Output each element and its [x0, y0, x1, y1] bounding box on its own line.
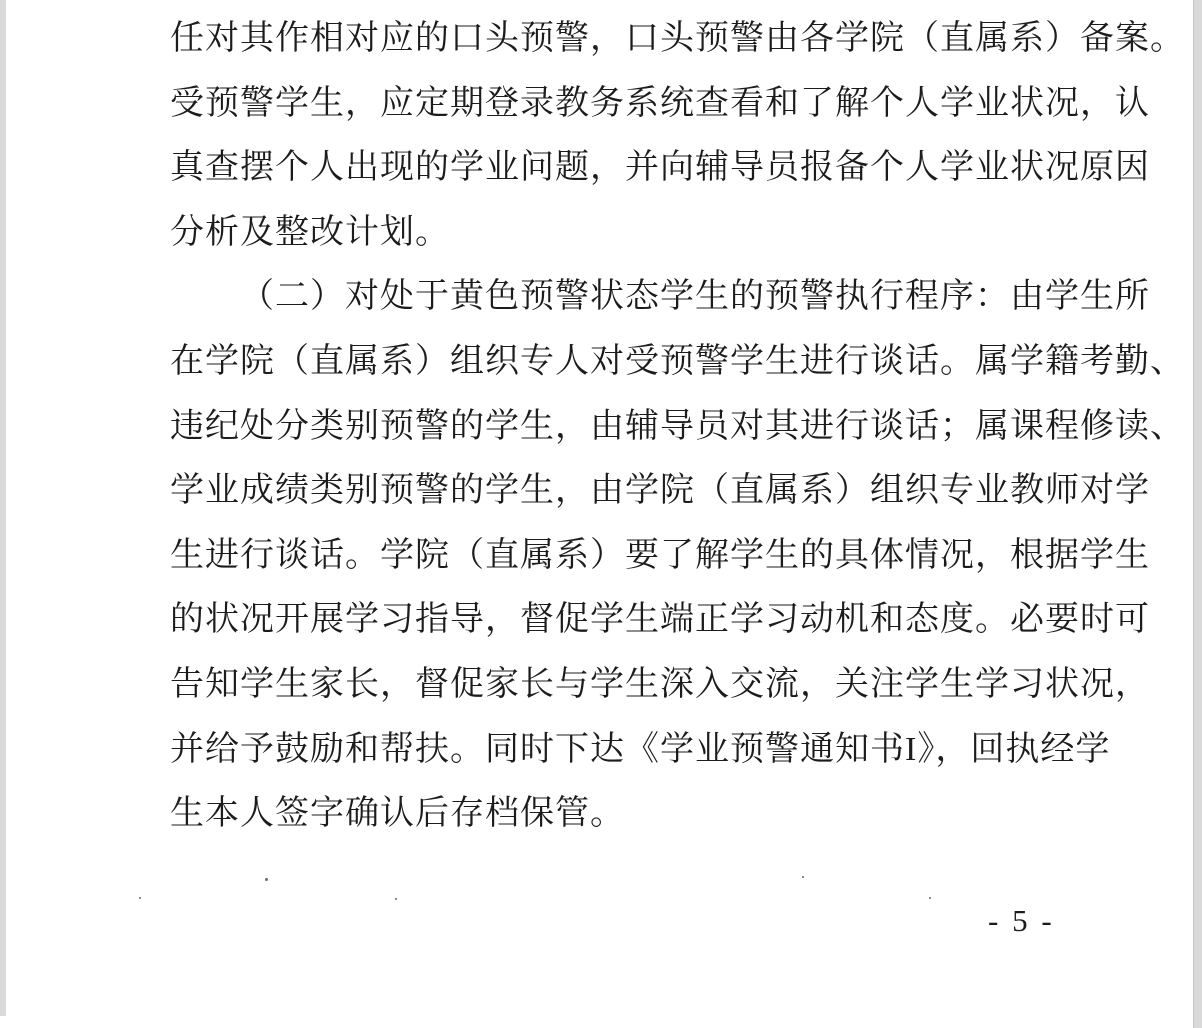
body-line-6: 在学院（直属系）组织专人对受预警学生进行谈话。属学籍考勤、 [170, 330, 1145, 395]
body-line-12: 并给予鼓励和帮扶。同时下达《学业预警通知书I》，回执经学 [170, 718, 1145, 783]
scan-speck [395, 898, 397, 900]
document-page: 任对其作相对应的口头预警，口头预警由各学院（直属系）备案。 受预警学生，应定期登… [0, 0, 1202, 1028]
page-body-text: 任对其作相对应的口头预警，口头预警由各学院（直属系）备案。 受预警学生，应定期登… [170, 7, 1145, 847]
scan-speck [929, 897, 931, 899]
body-line-13: 生本人签字确认后存档保管。 [170, 782, 1145, 847]
page-number-label: - 5 - [988, 903, 1055, 939]
body-line-5: （二）对处于黄色预警状态学生的预警执行程序：由学生所 [170, 265, 1145, 330]
body-line-2: 受预警学生，应定期登录教务系统查看和了解个人学业状况，认 [170, 72, 1145, 137]
body-line-4: 分析及整改计划。 [170, 201, 1145, 266]
body-line-11: 告知学生家长，督促家长与学生深入交流，关注学生学习状况， [170, 653, 1145, 718]
body-line-7: 违纪处分类别预警的学生，由辅导员对其进行谈话；属课程修读、 [170, 395, 1145, 460]
body-line-10: 的状况开展学习指导，督促学生端正学习动机和态度。必要时可 [170, 588, 1145, 653]
body-line-8: 学业成绩类别预警的学生，由学院（直属系）组织专业教师对学 [170, 459, 1145, 524]
scan-speck [265, 878, 268, 881]
body-line-3: 真查摆个人出现的学业问题，并向辅导员报备个人学业状况原因 [170, 136, 1145, 201]
scan-speck [802, 876, 804, 878]
body-line-1: 任对其作相对应的口头预警，口头预警由各学院（直属系）备案。 [170, 7, 1145, 72]
scan-speck [139, 897, 141, 899]
page-left-edge [0, 0, 6, 1016]
page-right-edge [1193, 0, 1202, 1028]
body-line-9: 生进行谈话。学院（直属系）要了解学生的具体情况，根据学生 [170, 524, 1145, 589]
